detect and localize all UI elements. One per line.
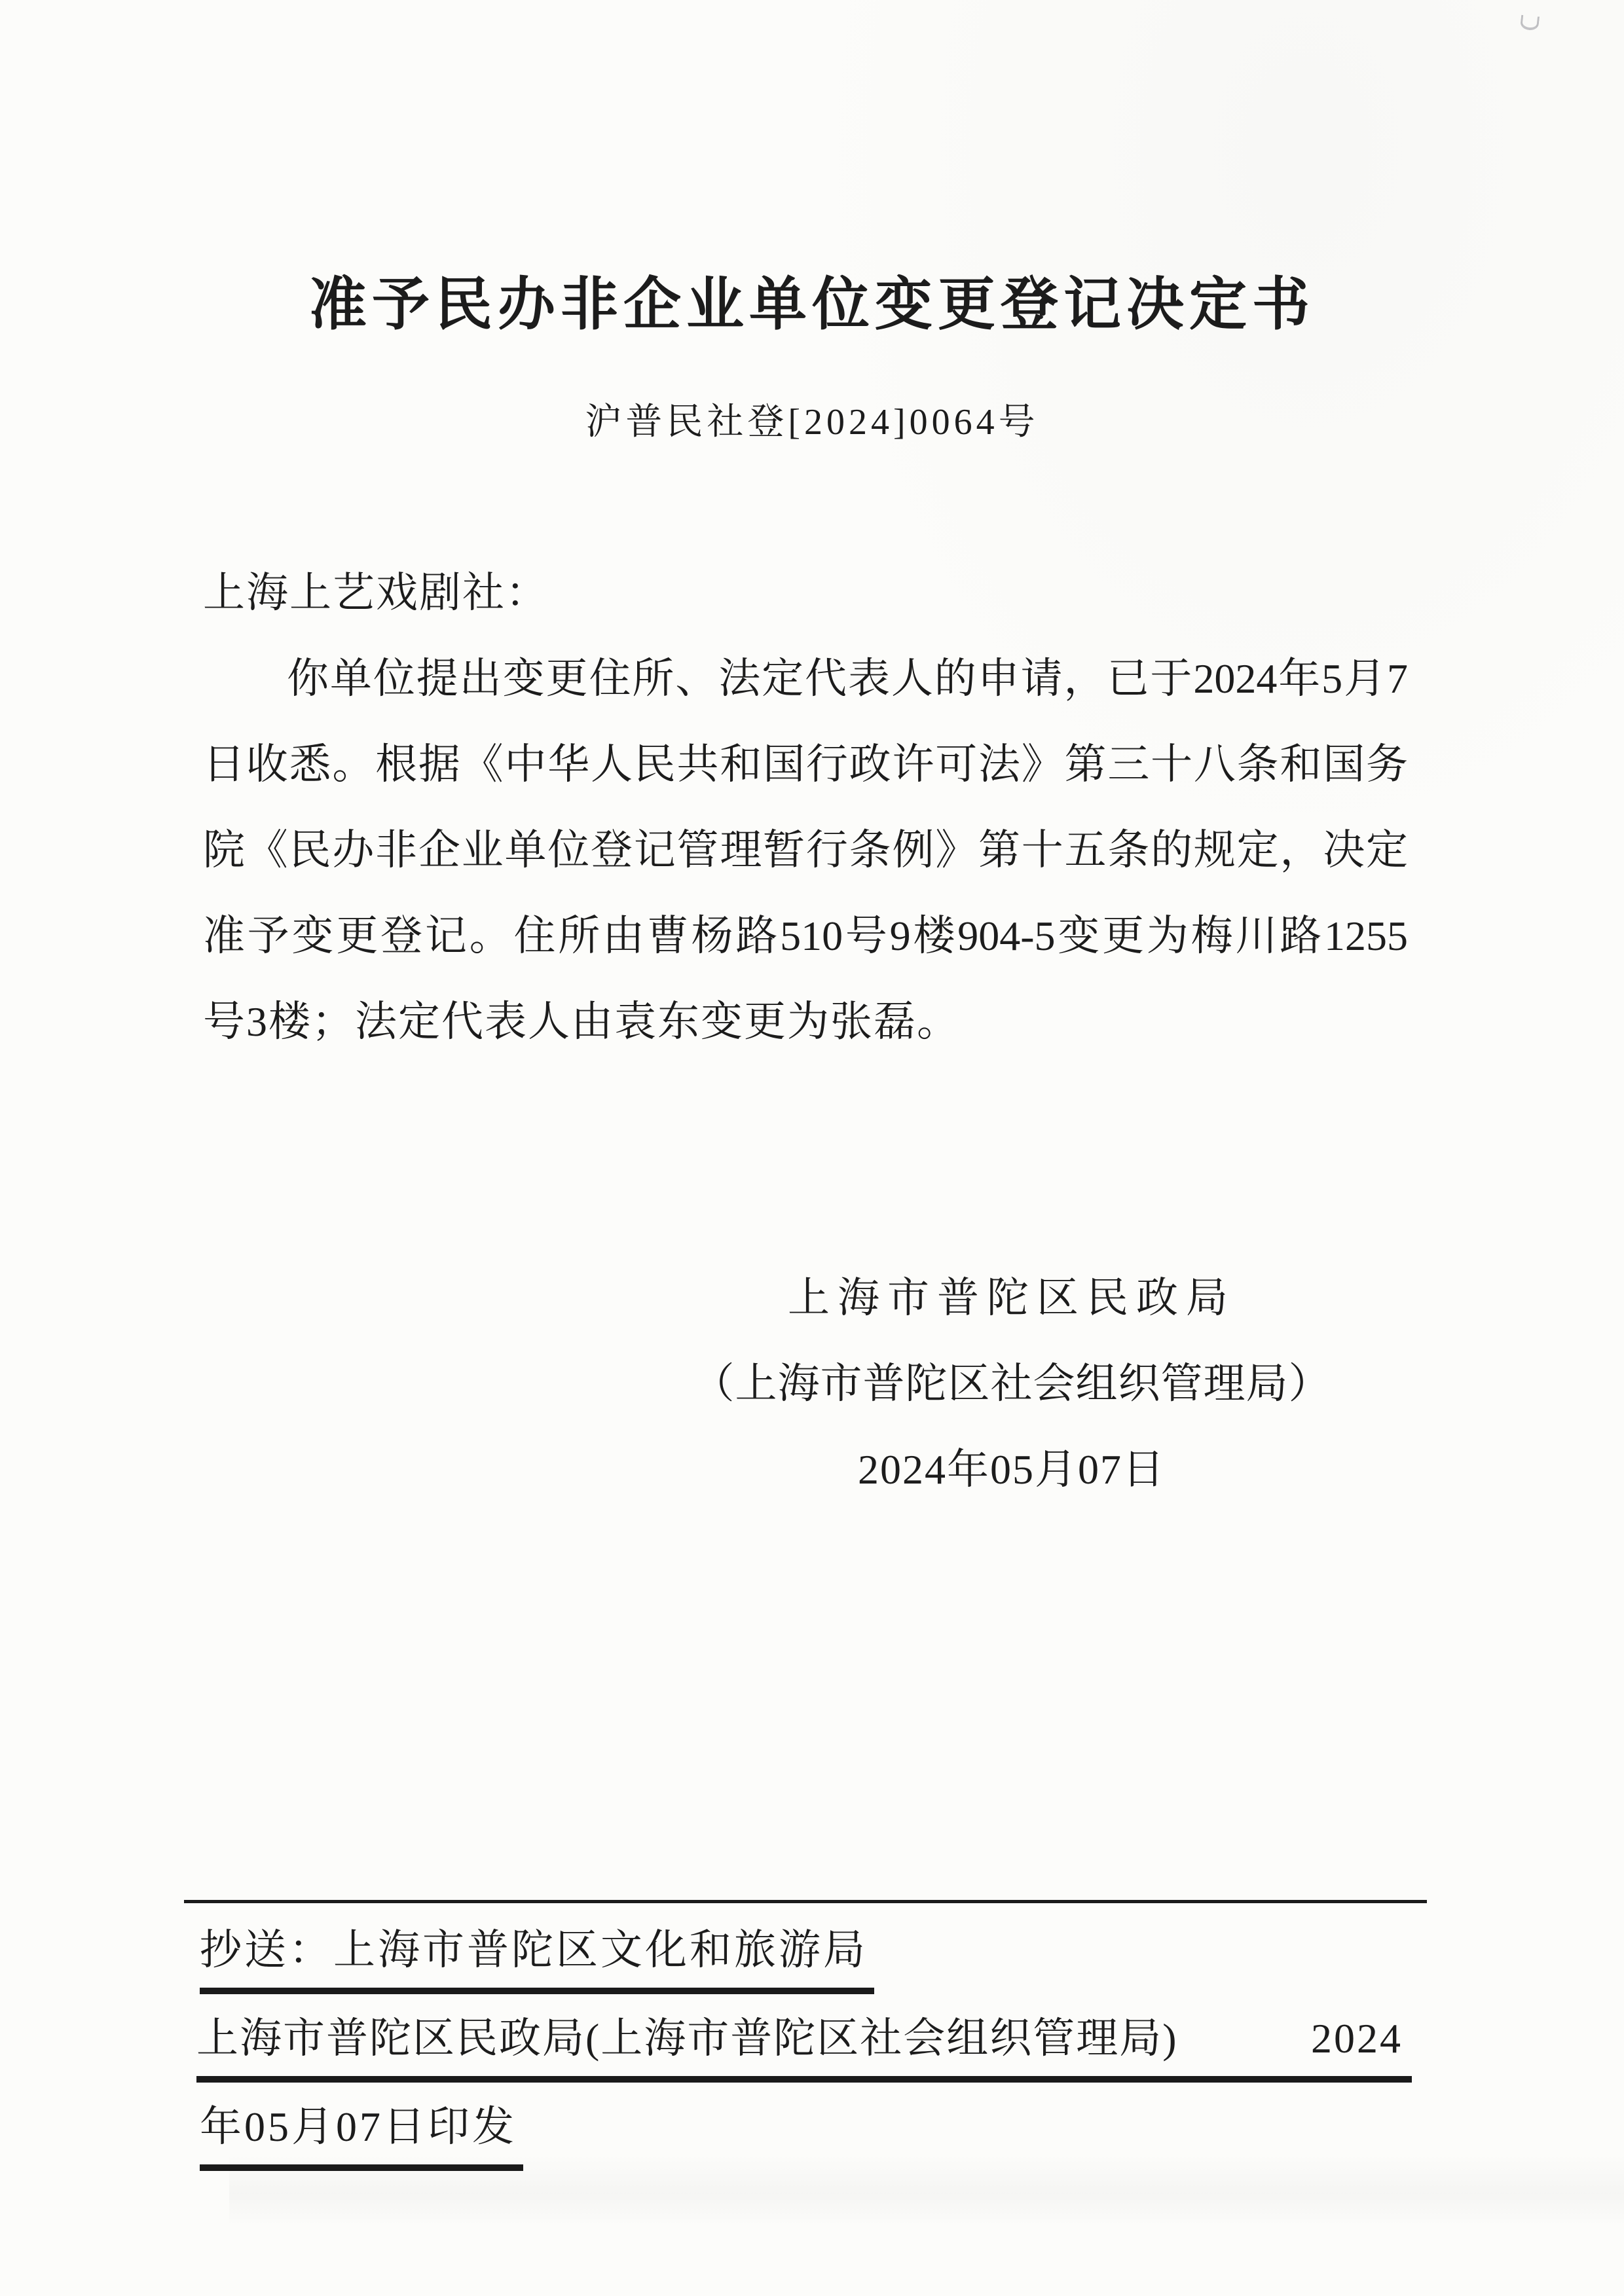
signature-date: 2024年05月07日 bbox=[530, 1427, 1493, 1512]
body-line: 院《民办非企业单位登记管理暂行条例》第十五条的规定，决定 bbox=[203, 807, 1408, 893]
body-line: 日收悉。根据《中华人民共和国行政许可法》第三十八条和国务 bbox=[203, 721, 1408, 807]
signature-block: 上海市普陀区民政局 （上海市普陀区社会组织管理局） 2024年05月07日 bbox=[530, 1255, 1493, 1512]
body-line: 你单位提出变更住所、法定代表人的申请，已于2024年5月7 bbox=[203, 636, 1408, 721]
pen-mark-artifact bbox=[1520, 15, 1540, 31]
footer-cc-text: 抄送：上海市普陀区文化和旅游局 bbox=[200, 1925, 874, 1994]
document-body: 上海上艺戏剧社： 你单位提出变更住所、法定代表人的申请，已于2024年5月7 日… bbox=[203, 550, 1408, 1065]
signature-organization: 上海市普陀区民政局 bbox=[530, 1255, 1493, 1341]
document-title: 准予民办非企业单位变更登记决定书 bbox=[0, 273, 1624, 338]
document-number: 沪普民社登[2024]0064号 bbox=[0, 391, 1624, 454]
footer-print-date-row: 年05月07日印发 bbox=[200, 2102, 523, 2171]
body-line: 准予变更登记。住所由曹杨路510号9楼904-5变更为梅川路1255 bbox=[203, 893, 1408, 979]
footer-issue-year: 2024 bbox=[1311, 2014, 1412, 2063]
footer-cc-row: 抄送：上海市普陀区文化和旅游局 bbox=[200, 1925, 874, 1994]
salutation-line: 上海上艺戏剧社： bbox=[203, 550, 1408, 636]
footer-issuer-row: 上海市普陀区民政局(上海市普陀区社会组织管理局) 2024 bbox=[196, 2014, 1412, 2083]
body-line: 号3楼；法定代表人由袁东变更为张磊。 bbox=[203, 979, 1408, 1065]
footer-issuer-text: 上海市普陀区民政局(上海市普陀区社会组织管理局) bbox=[196, 2014, 1178, 2063]
footer-print-date-text: 年05月07日印发 bbox=[200, 2102, 523, 2171]
signature-organization-alias: （上海市普陀区社会组织管理局） bbox=[530, 1341, 1493, 1427]
scanned-document-page: 准予民办非企业单位变更登记决定书 沪普民社登[2024]0064号 上海上艺戏剧… bbox=[0, 0, 1624, 2296]
footer-divider-rule bbox=[184, 1900, 1427, 1903]
